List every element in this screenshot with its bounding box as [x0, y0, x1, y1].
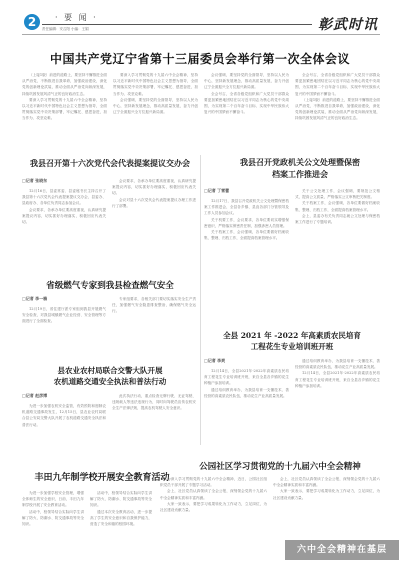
article-gongwen: □记者 丁雪蕾 12月17日，我县召开党政机关公文处理暨保密档案工作推进会，全县… — [204, 188, 380, 310]
paragraph: 通过培训教育举办，为我县培育一支懂技术、善经营的高素质农民队伍，推动花生产业高质… — [295, 358, 380, 370]
paragraph: 为深入学习贯彻党的十九届六中全会精神，近日，公园社区组织党员干部开展了专题学习活… — [160, 476, 267, 488]
column-banner: 六中全会精神在基层 — [285, 540, 399, 560]
paragraph: 全会号召，全省各级党组织和广大党员干部群众要更加紧密地团结在以习近平同志为核心的… — [295, 72, 380, 97]
article-peixun: □记者 李爽 12月14日，全县2021年-2022年高素质农民培育工程花生专业… — [204, 358, 380, 446]
byline: □记者 赵彦博 — [22, 393, 106, 399]
paragraph: 会议对县十六次党代会代表提案提议办理工作进行了部署。 — [112, 197, 196, 209]
headline-line: 全县 2021 年 -2022 年高素质农民培育 — [204, 330, 380, 341]
paragraph: 通过培训教育举办，为我县培育一支懂技术、善经营的高素质农民队伍，推动花生产业高质… — [204, 387, 289, 399]
column-divider — [200, 155, 201, 445]
section-label: · 要 闻 · — [55, 12, 98, 23]
paragraph: 会议强调，要坚持党的全面领导，坚持以人民为中心，坚持新发展理念，推动高质量发展，… — [204, 72, 289, 91]
paragraph: 12月14日，全县2021年-2022年高素质农民培育工程花生专业培训班开班，来… — [295, 370, 380, 389]
paragraph: 大家一致表示，要把学习成果转化为工作动力，立足岗位，为社区建设贡献力量。 — [273, 488, 380, 500]
paragraph: 为进一步加强学校安全管理，增强全体师生的安全意识，日前，丰田九年制学校开展了安全… — [22, 490, 84, 509]
paragraph: 全会号召，全省各级党组织和广大党员干部群众要更加紧密地团结在以习近平同志为核心的… — [204, 91, 289, 116]
paragraph: 活动中，校领导结合实际向学生讲解了防火、防溺水、防交通事故等安全知识。 — [22, 509, 84, 528]
byline: □记者 李爽 — [204, 358, 289, 364]
paragraph: 会上，社区党员认真领读了全会公报，深刻领会党的十九届六中全会精神实质和丰富内涵。 — [160, 488, 267, 500]
byline: □记者 张晓东 — [22, 178, 106, 184]
byline: □记者 丁雪蕾 — [204, 188, 289, 194]
newspaper-brand: 彰武时讯 — [318, 14, 378, 34]
headline-gongwen: 我县召开党政机关公文处理暨保密档案工作推进会 — [240, 156, 360, 180]
main-article-body: （上接1版）前进的道路上，要坚持不懈推进全面从严治党，不断推进自我革命，加强政治… — [22, 72, 380, 146]
paragraph: （上接1版）前进的道路上，要坚持不懈推进全面从严治党，不断推进自我革命，加强政治… — [22, 72, 107, 97]
headline-nongji: 县农业农村局联合交警大队开展 农机道路交通安全执法和普法行动 — [22, 365, 198, 387]
paragraph: 会议强调，要坚持党的全面领导，坚持以人民为中心，坚持新发展理念，推动高质量发展，… — [113, 97, 198, 116]
header-rule — [42, 24, 312, 25]
paragraph: 关于档案工作，会议强调，各单位要做好档案收集、整理、归档工作，全面提高档案管理水… — [295, 200, 380, 212]
paragraph: 12月17日，我县召开党政机关公文处理暨保密档案工作推进会，全县各乡镇、县直各部… — [204, 198, 289, 217]
paragraph: 为进一步加强农机安全监管，有效预防和遏制农机道路交通事故发生，12月15日，县农… — [22, 403, 106, 428]
article-xuexiao: 为进一步加强学校安全管理，增强全体师生的安全意识，日前，丰田九年制学校开展了安全… — [22, 490, 152, 555]
byline: □记者 李一楠 — [22, 296, 106, 302]
paragraph: 大家一致表示，要把学习成果转化为工作动力，立足岗位，为社区建设贡献力量。 — [160, 501, 267, 513]
paragraph: 会上，县委办有关负责同志就公文处理与保密档案工作进行了专题培训。 — [295, 213, 380, 225]
paragraph: 活动中，校领导结合实际向学生讲解了防火、防溺水、防交通事故等安全知识。 — [90, 490, 152, 509]
paragraph: 会上，社区党员认真领读了全会公报，深刻领会党的十九届六中全会精神实质和丰富内涵。 — [273, 476, 380, 488]
article-ranqi: □记者 李一楠 12月19日，省住建厅派专家组到我县开展燃气安全检查，对我县城镇… — [22, 296, 196, 344]
headline-daibiao: 我县召开第十六次党代会代表提案提议交办会 — [22, 158, 198, 169]
paragraph: （上接1版）前进的道路上，要坚持不懈推进全面从严治党，不断推进自我革命，加强政治… — [295, 97, 380, 122]
article-daibiao: □记者 张晓东 12月16日，县委常委、县委秘书长主持召开了我县第十六次党代会代… — [22, 178, 196, 270]
paragraph: 会议要求，各承办单位要高度重视，认真研究提案提议内容，切实抓好办理落实，积极回应… — [112, 178, 196, 197]
header-divider — [22, 34, 380, 35]
headline-line: 工程花生专业培训班开班 — [204, 341, 380, 352]
headline-shequ: 公园社区学习贯彻党的十九届六中全会精神 — [160, 460, 400, 472]
paragraph: 通过本次安全教育活动，进一步提高了学生的安全意识和自我保护能力，营造了安全和谐的… — [90, 509, 152, 528]
paragraph: 会议要求，各承办单位要高度重视，认真研究提案提议内容，切实抓好办理落实，积极回应… — [22, 207, 106, 226]
paragraph: 12月16日，县委常委、县委秘书长主持召开了我县第十六次党代会代表提案提议交办会… — [22, 188, 106, 207]
paragraph: 关于公文处理工作，会议强调，要规范公文格式，提高公文质量，严格落实公文审核把关制… — [295, 188, 380, 200]
article-nongji: □记者 赵彦博 为进一步加强农机安全监管，有效预防和遏制农机道路交通事故发生，1… — [22, 393, 196, 448]
headline-line: 县农业农村局联合交警大队开展 — [22, 365, 198, 376]
headline-line: 农机道路交通安全执法和普法行动 — [22, 376, 198, 387]
paragraph: 要深入学习贯彻党的十九届六中全会精神，坚持以习近平新时代中国特色社会主义思想为指… — [22, 97, 107, 122]
paragraph: 12月14日，全县2021年-2022年高素质农民培育工程花生专业培训班开班，来… — [204, 368, 289, 387]
editor-line: 责任编辑：安召阳 小编：王娟 — [42, 27, 89, 32]
paragraph: 12月19日，省住建厅派专家组到我县开展燃气安全检查，对我县城镇燃气企业经营、安… — [22, 306, 106, 325]
headline-peixun: 全县 2021 年 -2022 年高素质农民培育 工程花生专业培训班开班 — [204, 330, 380, 352]
paragraph: 要深入学习贯彻党的十九届六中全会精神，坚持以习近平新时代中国特色社会主义思想为指… — [113, 72, 198, 97]
masthead: 2 · 要 闻 · 责任编辑：安召阳 小编：王娟 彰武时讯 — [0, 0, 400, 38]
headline-xuexiao: 丰田九年制学校开展安全教育活动 — [22, 470, 182, 483]
main-headline: 中国共产党辽宁省第十三届委员会举行第一次全体会议 — [0, 50, 400, 67]
paragraph: 此次执法行动，重点检查无牌行驶、无证驾驶、违规载人等违法违规行为，同时向驾驶员宣… — [112, 393, 196, 412]
paragraph: 专家组要求，各相关部门要切实落实安全生产责任，加强燃气安全隐患排查整治，确保燃气… — [112, 296, 196, 315]
article-shequ: 为深入学习贯彻党的十九届六中全会精神，近日，公园社区组织党员干部开展了专题学习活… — [160, 476, 380, 538]
headline-ranqi: 省级燃气专家到我县检查燃气安全 — [22, 279, 198, 291]
paragraph: 关于档案工作，会议强调，各单位要做好档案收集、整理、归档工作，全面提高档案管理水… — [204, 229, 289, 241]
paragraph: 关于机要工作，会议要求，各单位要切实增强保密意识，严格落实保密责任制，加强涉密人… — [204, 217, 289, 229]
banner-text: 六中全会精神在基层 — [297, 545, 387, 555]
page-number-badge: 2 — [24, 14, 40, 30]
